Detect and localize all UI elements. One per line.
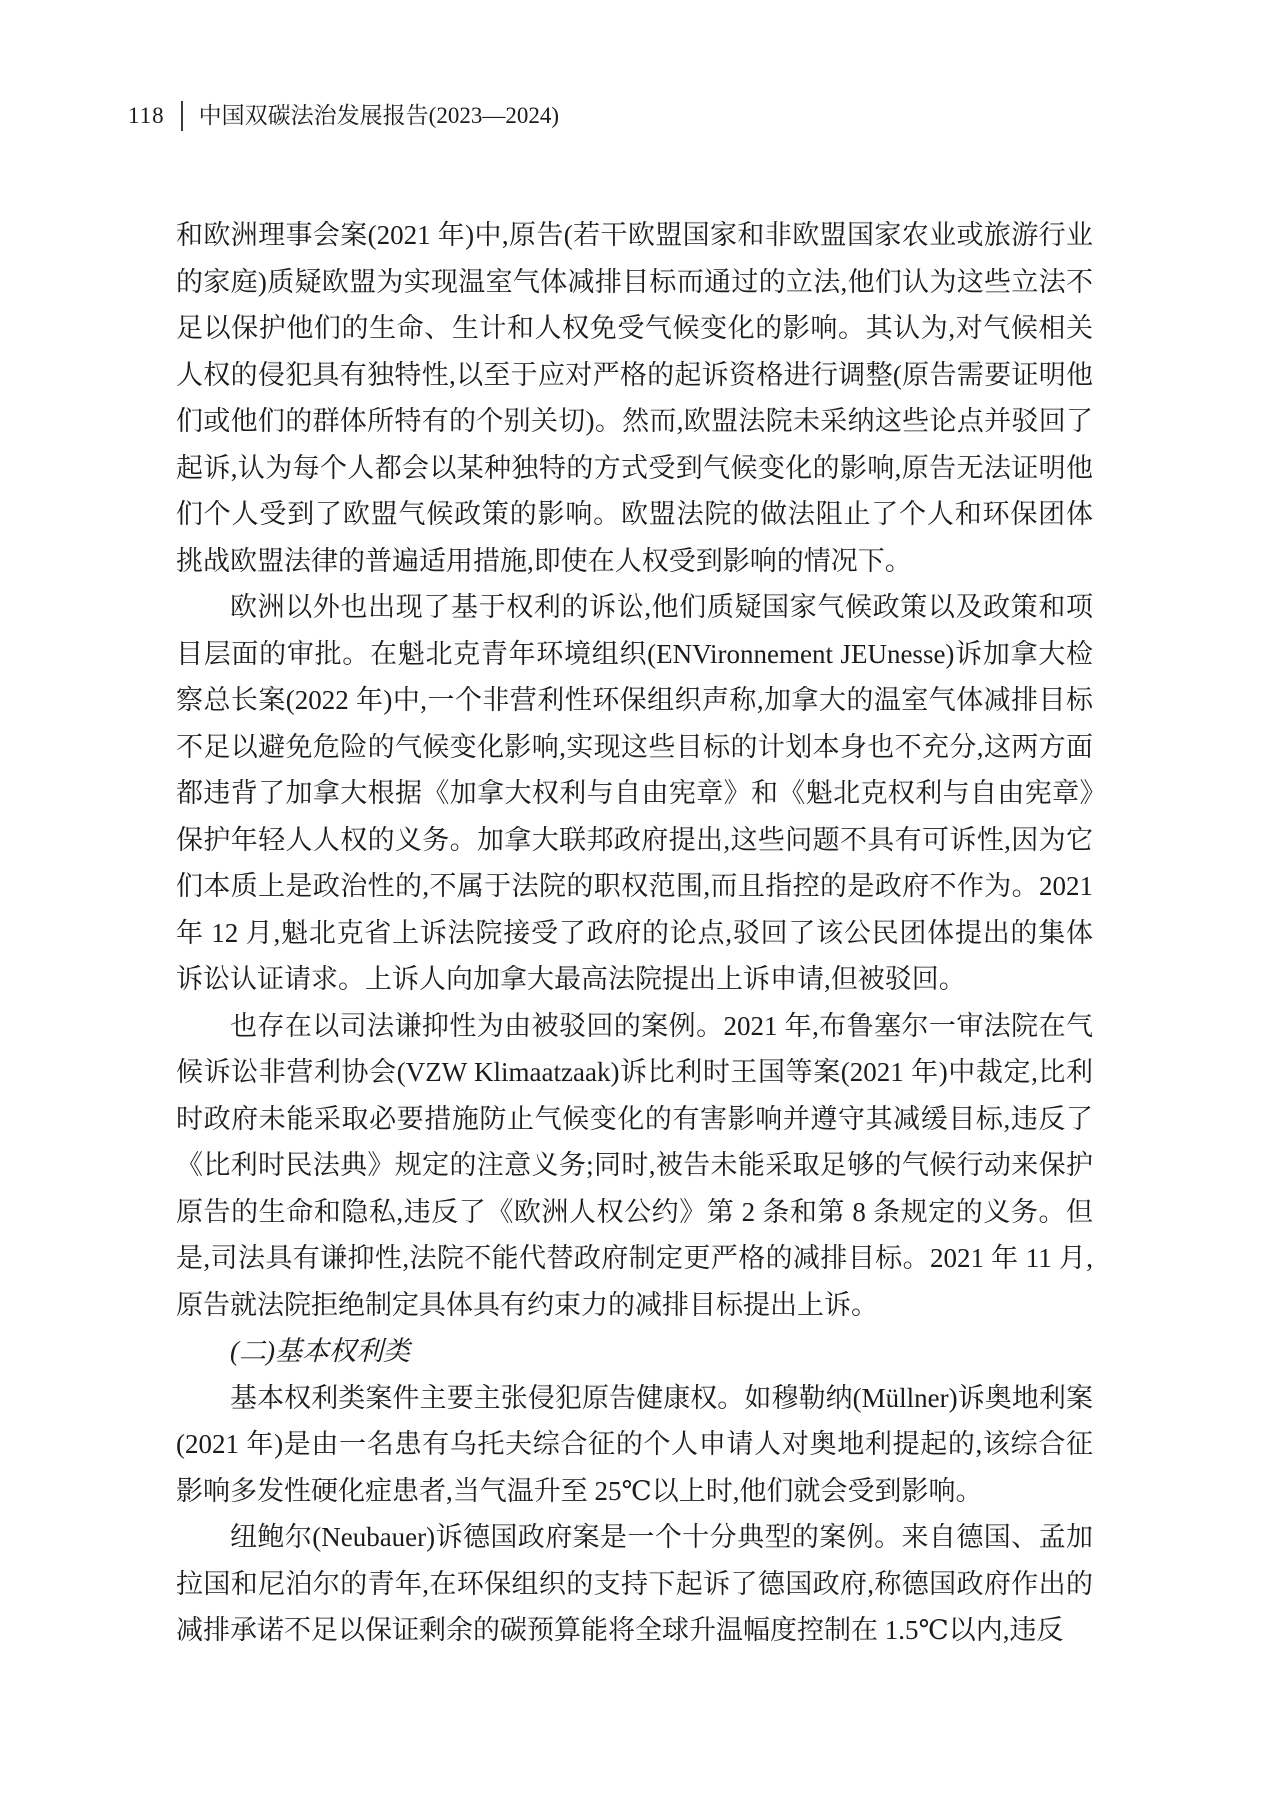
page-number: 118 <box>128 100 165 132</box>
book-page: 118 中国双碳法治发展报告(2023—2024) 和欧洲理事会案(2021 年… <box>0 0 1269 1804</box>
paragraph-vzw-klimaatzaak-case: 也存在以司法谦抑性为由被驳回的案例。2021 年,布鲁塞尔一审法院在气候诉讼非营… <box>176 1003 1093 1329</box>
paragraph-eu-council-case: 和欧洲理事会案(2021 年)中,原告(若干欧盟国家和非欧盟国家农业或旅游行业的… <box>176 212 1093 584</box>
book-title: 中国双碳法治发展报告(2023—2024) <box>199 100 559 132</box>
page-body: 和欧洲理事会案(2021 年)中,原告(若干欧盟国家和非欧盟国家农业或旅游行业的… <box>176 212 1093 1654</box>
paragraph-neubauer-case: 纽鲍尔(Neubauer)诉德国政府案是一个十分典型的案例。来自德国、孟加拉国和… <box>176 1514 1093 1654</box>
running-header: 118 中国双碳法治发展报告(2023—2024) <box>128 100 559 132</box>
section-heading-fundamental-rights: (二)基本权利类 <box>176 1328 1093 1375</box>
paragraph-quebec-env-jeunesse-case: 欧洲以外也出现了基于权利的诉讼,他们质疑国家气候政策以及政策和项目层面的审批。在… <box>176 584 1093 1003</box>
header-divider-line <box>181 101 183 131</box>
paragraph-mullner-case: 基本权利类案件主要主张侵犯原告健康权。如穆勒纳(Müllner)诉奥地利案(20… <box>176 1375 1093 1515</box>
